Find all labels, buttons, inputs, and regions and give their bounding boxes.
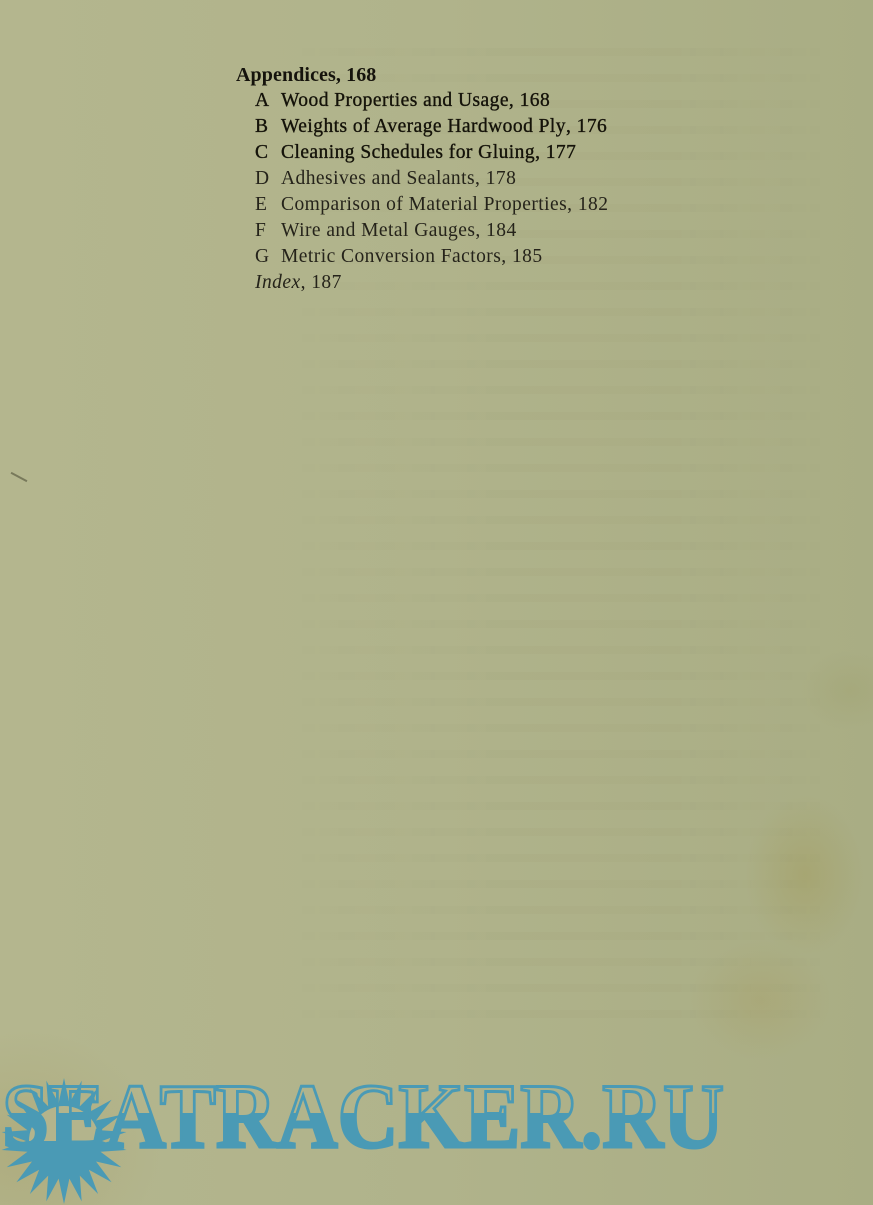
entry-letter: E [255,192,281,218]
toc-entry-b: B Weights of Average Hardwood Ply, 176 [236,114,796,140]
entry-letter: F [255,218,281,244]
entry-separator: , [567,192,578,218]
watermark-text: SEATRACKER.RU [2,1075,724,1155]
entry-separator: , [535,140,546,166]
entry-letter: D [255,166,281,192]
entry-separator: , [475,166,486,192]
toc-section-heading: Appendices, 168 [236,62,796,88]
index-separator: , [301,272,312,293]
entry-page-number: 182 [578,192,609,218]
entry-letter: A [255,88,281,114]
toc-entry-g: G Metric Conversion Factors, 185 [236,244,796,270]
entry-page-number: 178 [486,166,517,192]
entry-page-number: 184 [486,218,517,244]
entry-letter: G [255,244,281,270]
watermark-logo-text: SEATRACKER.RU [0,1075,726,1155]
entry-letter: C [255,140,281,166]
entry-separator: , [501,244,512,270]
entry-title: Wood Properties and Usage [281,88,509,114]
entry-page-number: 168 [520,88,551,114]
entry-letter: B [255,114,281,140]
section-separator: , [336,64,346,86]
entry-title: Weights of Average Hardwood Ply [281,114,566,140]
toc-index-entry: Index, 187 [236,270,796,296]
entry-title: Wire and Metal Gauges [281,218,475,244]
entry-page-number: 176 [577,114,608,140]
toc-entry-e: E Comparison of Material Properties, 182 [236,192,796,218]
index-label: Index [255,272,301,293]
index-page-number: 187 [311,272,342,293]
entry-separator: , [566,114,577,140]
entry-title: Comparison of Material Properties [281,192,567,218]
entry-title: Adhesives and Sealants [281,166,475,192]
entry-page-number: 185 [512,244,543,270]
toc-entry-c: C Cleaning Schedules for Gluing, 177 [236,140,796,166]
toc-entry-d: D Adhesives and Sealants, 178 [236,166,796,192]
section-page-number: 168 [346,64,376,86]
entry-page-number: 177 [546,140,577,166]
watermark: SEATRACKER.RU [0,1075,873,1205]
entry-separator: , [475,218,486,244]
table-of-contents: Appendices, 168 A Wood Properties and Us… [236,62,796,296]
entry-title: Metric Conversion Factors [281,244,501,270]
toc-entry-f: F Wire and Metal Gauges, 184 [236,218,796,244]
toc-entry-a: A Wood Properties and Usage, 168 [236,88,796,114]
section-title: Appendices [236,64,336,86]
entry-separator: , [509,88,520,114]
entry-title: Cleaning Schedules for Gluing [281,140,535,166]
